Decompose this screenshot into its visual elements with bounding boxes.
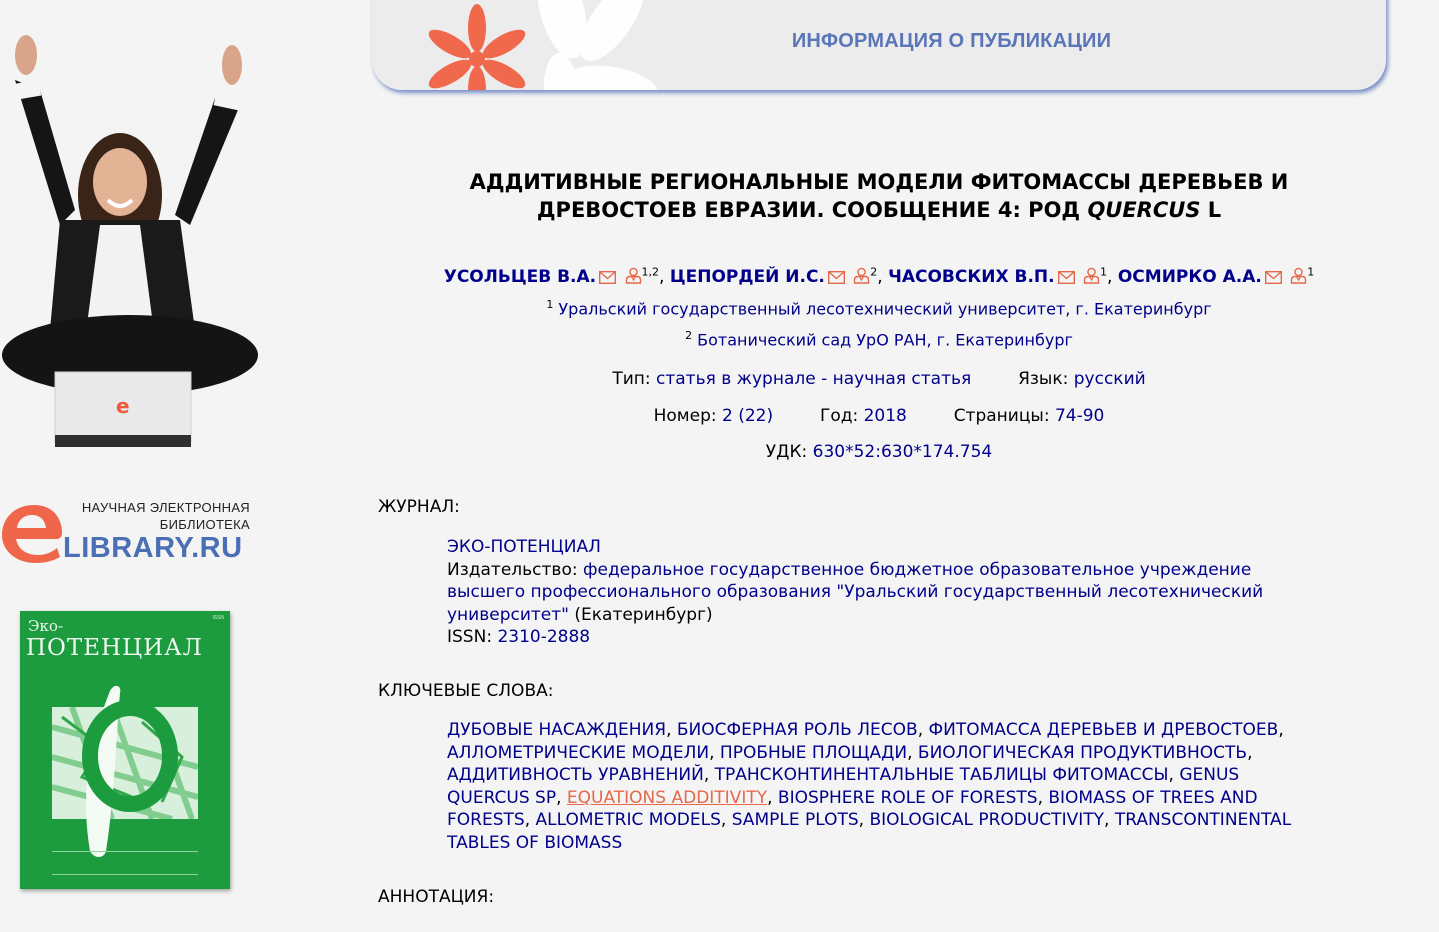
author-profile-icon[interactable] [1287,267,1307,287]
keyword-link[interactable]: ТРАНСКОНТИНЕНТАЛЬНЫЕ ТАБЛИЦЫ ФИТОМАССЫ [715,765,1169,785]
publisher-city: (Екатеринбург) [569,605,713,625]
title-italic-genus: QUERCUS [1087,198,1200,222]
udk-value: 630*52:630*174.754 [813,442,993,462]
lang-value[interactable]: русский [1074,369,1146,389]
year-label: Год: [820,406,858,426]
year-value[interactable]: 2018 [864,406,907,426]
author-affiliation-sup: 2 [870,265,877,278]
cover-title: ПОТЕНЦИАЛ [26,635,203,661]
number-value[interactable]: 2 (22) [722,406,773,426]
title-text: ДРЕВОСТОЕВ ЕВРАЗИИ. СООБЩЕНИЕ 4: РОД [537,198,1088,222]
author-name-link[interactable]: УСОЛЬЦЕВ В.А. [444,267,596,287]
keyword-link[interactable]: АДДИТИВНОСТЬ УРАВНЕНИЙ [447,765,704,785]
hero-illustration: e [0,10,260,450]
author-affiliation-sup: 1 [1307,265,1314,278]
meta-row-issue: Номер: 2 (22) Год: 2018 Страницы: 74-90 [372,406,1386,426]
keyword-link[interactable]: ПРОБНЫЕ ПЛОЩАДИ [720,743,907,763]
page-header-banner: ИНФОРМАЦИЯ О ПУБЛИКАЦИИ [372,0,1386,90]
keyword-link[interactable]: АЛЛОМЕТРИЧЕСКИЕ МОДЕЛИ [447,743,709,763]
elibrary-e-icon [2,505,62,563]
keyword-link[interactable]: EQUATIONS ADDITIVITY [567,788,767,808]
cover-line [52,851,198,852]
author-item: ЦЕПОРДЕЙ И.С. 2, [670,267,888,287]
elibrary-logo[interactable]: НАУЧНАЯ ЭЛЕКТРОННАЯ БИБЛИОТЕКА LIBRARY.R… [0,495,260,570]
author-name-link[interactable]: ОСМИРКО А.А. [1118,267,1262,287]
journal-section-label: ЖУРНАЛ: [378,497,460,517]
issn-value: 2310-2888 [497,627,590,647]
journal-block: ЭКО-ПОТЕНЦИАЛ Издательство: федеральное … [447,536,1327,649]
keywords-section-label: КЛЮЧЕВЫЕ СЛОВА: [378,681,553,701]
keywords-list: ДУБОВЫЕ НАСАЖДЕНИЯ, БИОСФЕРНАЯ РОЛЬ ЛЕСО… [447,719,1327,855]
number-label: Номер: [654,406,717,426]
affiliation-link[interactable]: Ботанический сад УрО РАН, г. Екатеринбур… [697,330,1073,349]
title-text: L [1200,198,1221,222]
journal-cover[interactable]: ISSN Эко- ПОТЕНЦИАЛ [20,611,230,889]
email-icon[interactable] [596,267,616,287]
author-name-link[interactable]: ЦЕПОРДЕЙ И.С. [670,267,825,287]
annotation-section-label: АННОТАЦИЯ: [378,887,494,907]
journal-name-link[interactable]: ЭКО-ПОТЕНЦИАЛ [447,537,601,557]
article-title-line1: АДДИТИВНЫЕ РЕГИОНАЛЬНЫЕ МОДЕЛИ ФИТОМАССЫ… [372,168,1386,196]
udk-label: УДК: [766,442,807,462]
logo-brand: LIBRARY.RU [63,532,243,565]
author-name-link[interactable]: ЧАСОВСКИХ В.П. [888,267,1055,287]
email-icon[interactable] [1262,267,1282,287]
pages-label: Страницы: [954,406,1050,426]
author-affiliation-sup: 1,2 [642,265,660,278]
cover-issn: ISSN [212,615,224,621]
logo-line2: БИБЛИОТЕКА [160,517,250,532]
keyword-link[interactable]: BIOLOGICAL PRODUCTIVITY [869,810,1104,830]
logo-line1: НАУЧНАЯ ЭЛЕКТРОННАЯ [82,500,250,515]
phi-glyph-icon [70,681,190,861]
affiliation-1: 1 Уральский государственный лесотехничес… [372,291,1386,322]
affil-num: 2 [685,329,692,342]
keyword-link[interactable]: SAMPLE PLOTS [732,810,859,830]
left-sidebar: e НАУЧНАЯ ЭЛЕКТРОННАЯ БИБЛИОТЕКА LIBRARY… [0,0,265,932]
type-label: Тип: [612,369,650,389]
author-profile-icon[interactable] [622,267,642,287]
article-title: АДДИТИВНЫЕ РЕГИОНАЛЬНЫЕ МОДЕЛИ ФИТОМАССЫ… [372,168,1386,224]
author-affiliation-sup: 1 [1100,265,1107,278]
keyword-link[interactable]: БИОСФЕРНАЯ РОЛЬ ЛЕСОВ [677,720,918,740]
keyword-link[interactable]: БИОЛОГИЧЕСКАЯ ПРОДУКТИВНОСТЬ [918,743,1247,763]
svg-text:e: e [116,394,130,418]
meta-row-udk: УДК: 630*52:630*174.754 [372,442,1386,462]
article-title-line2: ДРЕВОСТОЕВ ЕВРАЗИИ. СООБЩЕНИЕ 4: РОД QUE… [372,196,1386,224]
issn-label: ISSN: [447,627,492,647]
affil-num: 1 [546,298,553,311]
lang-label: Язык: [1018,369,1068,389]
author-profile-icon[interactable] [850,267,870,287]
keyword-link[interactable]: ФИТОМАССА ДЕРЕВЬЕВ И ДРЕВОСТОЕВ [929,720,1279,740]
affiliation-link[interactable]: Уральский государственный лесотехнически… [558,299,1211,318]
author-profile-icon[interactable] [1080,267,1100,287]
authors-block: УСОЛЬЦЕВ В.А. 1,2, ЦЕПОРДЕЙ И.С. 2, ЧАСО… [372,258,1386,353]
type-value[interactable]: статья в журнале - научная статья [656,369,971,389]
publisher-label: Издательство: [447,560,578,580]
keyword-link[interactable]: ALLOMETRIC MODELS [536,810,721,830]
author-list: УСОЛЬЦЕВ В.А. 1,2, ЦЕПОРДЕЙ И.С. 2, ЧАСО… [372,258,1386,291]
author-item: УСОЛЬЦЕВ В.А. 1,2, [444,267,670,287]
keyword-link[interactable]: BIOSPHERE ROLE OF FORESTS [778,788,1038,808]
cover-line [52,874,198,875]
page-title: ИНФОРМАЦИЯ О ПУБЛИКАЦИИ [372,30,1386,53]
cover-eko: Эко- [28,617,63,635]
pages-value: 74-90 [1055,406,1104,426]
email-icon[interactable] [1055,267,1075,287]
keyword-link[interactable]: ДУБОВЫЕ НАСАЖДЕНИЯ [447,720,666,740]
affiliation-2: 2 Ботанический сад УрО РАН, г. Екатеринб… [372,322,1386,353]
email-icon[interactable] [825,267,845,287]
meta-row-type-lang: Тип: статья в журнале - научная статья Я… [372,369,1386,389]
author-item: ОСМИРКО А.А. 1 [1118,267,1314,287]
author-item: ЧАСОВСКИХ В.П. 1, [888,267,1118,287]
